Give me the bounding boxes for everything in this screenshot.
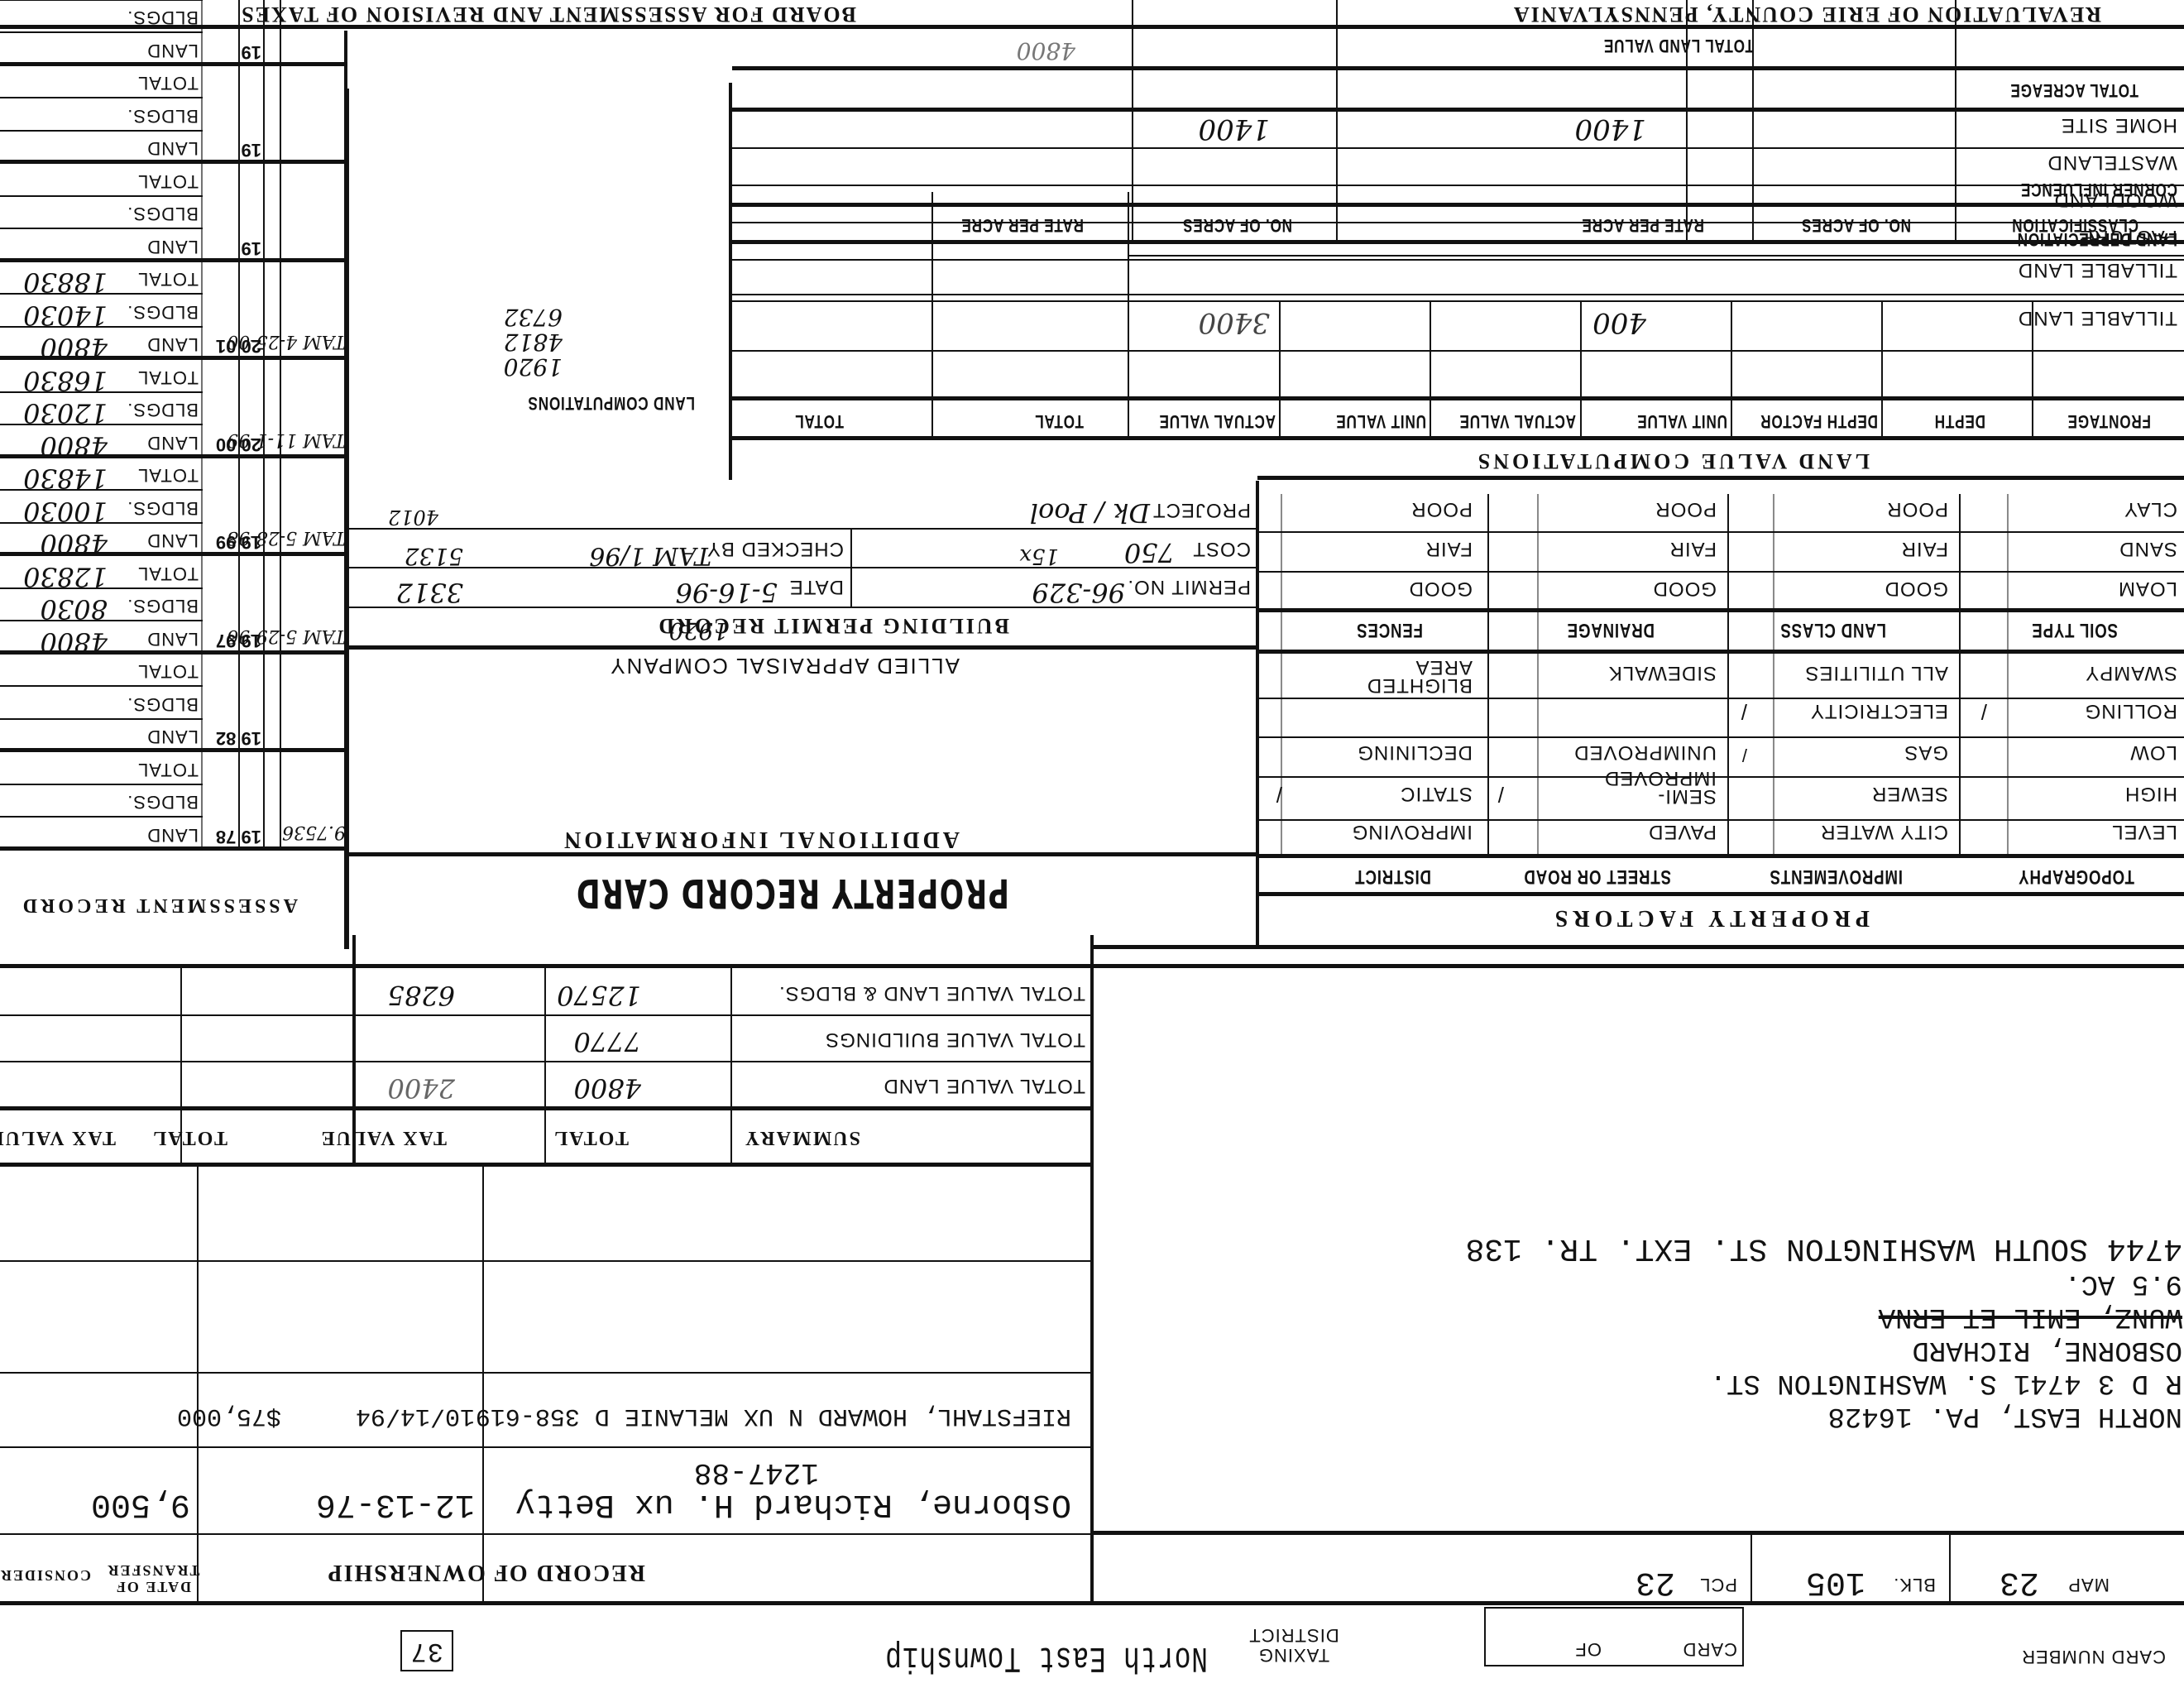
fences-good: GOOD [1409,577,1473,600]
permit-date-label: DATE [789,575,844,598]
summary-all-total: 12570 [557,980,641,1011]
box-number: 37 [400,1630,453,1671]
checked-by: TAM 1/96 [589,541,711,570]
factor-city-water: CITY WATER [1820,820,1948,843]
land-comp-note: 6732 [504,304,563,331]
total-value: 18830 [23,267,108,299]
topography-head: TOPOGRAPHY [2018,865,2134,888]
class-woodland: WOODLAND [2054,188,2177,211]
factor-improving: IMPROVING [1352,820,1473,843]
total-value: 16830 [23,365,108,396]
total-label: TOTAL [137,73,199,94]
col-depth-factor: DEPTH FACTOR [1760,410,1878,432]
total-value: 12830 [23,561,108,592]
consideration-label: CONSIDERATION [0,1566,91,1584]
total-label: TOTAL [137,465,199,487]
card-title-area: PROPERTY RECORD CARD [347,850,1257,949]
summary-total-header: TOTAL [151,1126,227,1149]
total-label: TOTAL [137,661,199,683]
district-head: DISTRICT [1354,865,1431,888]
land-label: LAND [146,432,199,453]
col-unit-value: UNIT VALUE [1637,410,1727,432]
bldgs-label: BLDGS. [127,792,199,813]
assessment-year-block: 19 82 LAND BLDGS. TOTAL [0,655,347,753]
bldgs-value: 14030 [23,300,108,331]
land-label: LAND [146,236,199,257]
factor-swampy: SWAMPY [2085,661,2177,684]
address-line: 9.5 AC. [2064,1268,2182,1299]
factor-all-utilities: ALL UTILITIES [1805,661,1949,684]
summary-land-total: 4800 [574,1072,641,1104]
land-label: LAND [146,824,199,846]
class-tillable-1: TILLABLE LAND [2018,306,2177,329]
land-class-fair: FAIR [1901,537,1948,560]
land-class-head: LAND CLASS [1780,618,1886,641]
pcl-label: PCL [1699,1574,1737,1595]
factor-gas: GAS [1904,741,1948,764]
soil-loam: LOAM [2118,577,2177,600]
col-no-of-acres: NO. OF ACRES [1182,214,1292,236]
bldgs-label: BLDGS. [127,301,199,323]
land-class-good: GOOD [1885,577,1948,600]
address-line: NORTH EAST, PA. 16428 [1828,1400,2182,1431]
col-no-of-acres: NO. OF ACRES [1801,214,1911,236]
summary-tax-header: TAX VALUE [320,1126,447,1149]
blk-label: BLK. [1893,1574,1936,1595]
factor-electricity: ELECTRICITY [1810,699,1948,722]
land-comp-note: 4812 [504,328,563,356]
total-label: TOTAL [137,367,199,388]
factor-paved: PAVED [1648,820,1717,843]
land-value: 4800 [41,430,108,462]
assessment-note: 9.7536 [282,822,346,842]
summary-table: SUMMARY TOTAL TAX VALUE TOTAL TAX VALUE … [0,935,1092,1167]
card-of-box: CARD OF [1484,1607,1744,1666]
col-total: TOTAL [794,410,844,432]
factor-sidewalk: SIDEWALK [1608,661,1717,684]
permit-no-label: PERMIT NO. [1127,575,1251,598]
property-record-card: CARD NUMBER CARD OF TAXING DISTRICT Nort… [0,0,2184,1688]
checked-by-label: CHECKED BY [706,537,844,560]
owner-name: RIEFSTAHL, HOWARD N UX MELANIE D 358-619 [476,1402,1071,1430]
factor-semi-improved: SEMI-IMPROVED [1592,769,1717,805]
factor-low: LOW [2129,741,2177,764]
check-semi-improved-icon: / [1497,781,1504,807]
value-tillable: 3400 [1198,306,1270,339]
project-label: PROJECT [1152,498,1251,521]
drainage-good: GOOD [1653,577,1717,600]
bldgs-value: 8030 [41,594,108,626]
owner-name: Osborne, Richard H. ux Betty [515,1485,1071,1523]
factor-rolling: ROLLING [2085,699,2177,722]
address-line-struck: WUNZ, EMIL ET ERNA [1879,1301,2182,1332]
land-value: 4800 [41,626,108,658]
check-gas-icon: / [1741,744,1747,765]
permit-note: 5132 [405,543,463,570]
summary-row-label: TOTAL VALUE LAND & BLDGS. [778,981,1085,1005]
drainage-head: DRAINAGE [1567,618,1655,641]
transfer-date: 10/14/94 [356,1402,475,1430]
address-line: 4744 SOUTH WASHINGTON ST. EXT. TR. 138 [1465,1230,2182,1266]
assessment-year-block: 19 LAND BLDGS. TOTAL [0,66,347,165]
rate-home-site: 1400 [1574,113,1646,146]
class-home-site: HOME SITE [2061,113,2177,137]
address-line: OSBORNE, RICHARD [1913,1334,2182,1365]
factor-blighted-area: BLIGHTED AREA [1373,658,1473,694]
blk-value: 105 [1806,1563,1865,1600]
pcl-value: 23 [1636,1563,1675,1600]
summary-bldg-total: 7770 [574,1026,641,1057]
deed-ref: 1247-88 [694,1455,819,1489]
assessment-note: TAM 5-29-96 [227,626,346,646]
consideration: 9,500 [91,1485,190,1523]
factor-unimproved: UNIMPROVED [1573,741,1717,764]
land-label: LAND [146,727,199,748]
ownership-title: RECORD OF OWNERSHIP [327,1559,645,1585]
col-rate-per-acre: RATE PER ACRE [961,214,1084,236]
assessment-year-block: 19 97 LAND BLDGS. TOTAL 4800 8030 12830 … [0,557,347,655]
acreage-classification: CLASSIFICATION NO. OF ACRES RATE PER ACR… [732,25,2184,372]
fences-head: FENCES [1356,618,1423,641]
total-land-value-label: TOTAL LAND VALUE [1603,35,1754,56]
assessment-year: 19 [242,237,261,259]
assessment-year-block: 19 99 LAND BLDGS. TOTAL 4800 10030 14830… [0,458,347,557]
permit-note: 4012 [388,506,438,529]
map-value: 23 [2000,1563,2039,1600]
factor-sewer: SEWER [1871,782,1948,805]
bldgs-label: BLDGS. [127,204,199,225]
bldgs-label: BLDGS. [127,596,199,617]
bldgs-label: BLDGS. [127,7,199,29]
assessment-year-block: 19 78 LAND BLDGS. TOTAL 9.7536 [0,753,347,851]
land-computations-label: LAND COMPUTATIONS [528,392,695,414]
soil-sand: SAND [2119,537,2177,560]
total-label: TOTAL [137,563,199,584]
fences-poor: POOR [1410,497,1473,520]
check-rolling-icon: / [1980,698,1987,724]
rate-tillable: 400 [1592,306,1646,339]
date-of-transfer-label: DATE OF TRANSFER [103,1562,203,1595]
revaluation-title: REVALUATION OF ERIE COUNTY, PENNSYLVANIA [1512,2,2101,26]
class-tillable-2: TILLABLE LAND [2018,258,2177,281]
land-comp-note: 1920 [504,353,563,381]
transfer-date: 12-13-76 [316,1485,475,1523]
bldgs-label: BLDGS. [127,497,199,519]
street-or-road-head: STREET OR ROAD [1524,865,1671,888]
assessment-note: TAM 5-28-98 [227,528,346,549]
taxing-district-label: TAXING DISTRICT [1244,1625,1343,1665]
assessment-note: TAM 4-25-00 [227,332,346,352]
col-unit-value: UNIT VALUE [1336,410,1426,432]
assessment-year: 19 82 [216,728,261,750]
permit-note: 3312 [396,577,463,608]
permit-cost-note: 15x [1019,544,1059,568]
card-number-label: CARD NUMBER [2021,1647,2166,1666]
permit-note: 1920 [669,617,728,645]
summary-row-label: TOTAL VALUE BUILDINGS [825,1028,1085,1051]
bldgs-label: BLDGS. [127,400,199,421]
building-permit-record: BUILDING PERMIT RECORD 1920 PERMIT NO. 9… [347,476,1257,650]
drainage-fair: FAIR [1669,537,1717,560]
factor-static: STATIC [1400,782,1473,805]
assessment-year-block: 20 00 LAND BLDGS. TOTAL 4800 12030 16830… [0,361,347,459]
summary-tax-header: TAX VALUE [0,1126,116,1149]
assessment-year-block: 19 LAND BLDGS. TOTAL [0,0,347,66]
map-label: MAP [2067,1574,2110,1595]
permit-cost: 750 [1124,537,1175,568]
value-home-site: 1400 [1198,113,1270,146]
summary-all-tax: 6285 [388,980,455,1011]
factor-declining: DECLINING [1357,741,1473,764]
land-label: LAND [146,40,199,61]
bldgs-label: BLDGS. [127,105,199,127]
col-actual-value: ACTUAL VALUE [1159,410,1276,432]
permit-date: 5-16-96 [676,577,778,608]
total-land-value: 4800 [1017,37,1075,65]
bldgs-label: BLDGS. [127,693,199,715]
assessment-year-block: 20 01 LAND BLDGS. TOTAL 4800 14030 18830… [0,262,347,361]
summary-total-header: TOTAL [553,1126,629,1149]
col-actual-value: ACTUAL VALUE [1459,410,1576,432]
consideration: $75,000 [177,1402,281,1430]
land-value-title: LAND VALUE COMPUTATIONS [1475,448,1870,473]
assessment-year: 19 [242,140,261,161]
soil-clay: CLAY [2124,497,2177,520]
land-value: 4800 [41,529,108,560]
summary-row-label: TOTAL VALUE LAND [883,1074,1085,1097]
summary-land-tax: 2400 [388,1072,455,1104]
total-acreage-label: TOTAL ACREAGE [2010,79,2138,101]
factor-level: LEVEL [2111,820,2177,843]
land-value: 4800 [41,333,108,364]
class-pasture: PASTURE [2079,225,2177,248]
check-electricity-icon: / [1741,698,1747,724]
total-label: TOTAL [137,269,199,290]
col-frontage: FRONTAGE [2067,410,2151,432]
permit-cost-label: COST [1192,537,1251,560]
assessment-year: 19 [242,41,261,63]
total-value: 14830 [23,463,108,495]
summary-title: SUMMARY [744,1126,860,1149]
taxing-district: North East Township [884,1637,1208,1678]
total-label: TOTAL [137,759,199,780]
bldgs-value: 10030 [23,496,108,527]
assessment-year: 19 78 [216,826,261,847]
property-factors-title: PROPERTY FACTORS [1550,904,1870,931]
land-label: LAND [146,138,199,160]
of-label: OF [1574,1638,1602,1660]
property-factors: PROPERTY FACTORS TOPOGRAPHY IMPROVEMENTS… [1257,476,2184,939]
col-depth: DEPTH [1934,410,1985,432]
col-total: TOTAL [1034,410,1084,432]
additional-info-title: ADDITIONAL INFORMATION [561,826,960,852]
ownership-header: RECORD OF OWNERSHIP DATE OF TRANSFER CON… [0,1535,1092,1605]
factor-high: HIGH [2124,782,2177,805]
fences-fair: FAIR [1425,537,1473,560]
assessment-title: ASSESSMENT RECORD [20,894,298,916]
card-title: PROPERTY RECORD CARD [576,870,1009,916]
soil-type-head: SOIL TYPE [2032,618,2118,641]
land-label: LAND [146,334,199,356]
class-wasteland: WASTELAND [2047,151,2177,174]
card-of-label: CARD [1683,1638,1737,1660]
land-label: LAND [146,530,199,552]
permit-no: 96-329 [1032,577,1125,608]
address-line: R D 3 4741 S. WASHINGTON ST. [1710,1367,2182,1398]
assessment-year-block: 19 LAND BLDGS. TOTAL [0,165,347,263]
land-class-poor: POOR [1886,497,1948,520]
project: Dk / Pool [1030,497,1150,529]
assessment-note: TAM 11-1-99 [227,429,346,450]
appraisal-company: ALLIED APPRAISAL COMPANY [609,653,960,679]
land-label: LAND [146,628,199,650]
total-label: TOTAL [137,170,199,192]
bldgs-value: 12030 [23,398,108,429]
improvements-head: IMPROVEMENTS [1770,865,1903,888]
drainage-poor: POOR [1655,497,1717,520]
